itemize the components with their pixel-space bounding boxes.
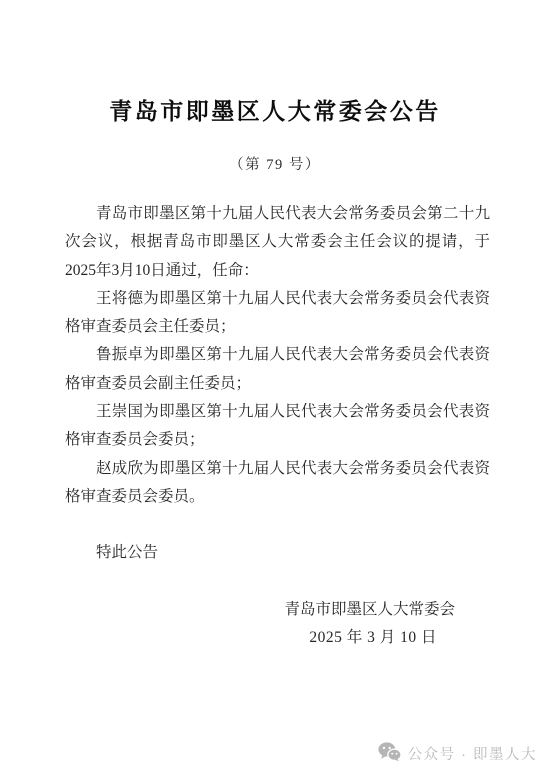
body-paragraph-appointment-4: 赵成欣为即墨区第十九届人民代表大会常务委员会代表资格审查委员会委员。 xyxy=(65,455,490,512)
wechat-account-label: 公众号 · 即墨人大 xyxy=(408,743,537,764)
document-body: 青岛市即墨区第十九届人民代表大会常务委员会第二十九次会议，根据青岛市即墨区人大常… xyxy=(65,200,490,652)
body-paragraph-intro: 青岛市即墨区第十九届人民代表大会常务委员会第二十九次会议，根据青岛市即墨区人大常… xyxy=(65,200,490,285)
body-paragraph-appointment-3: 王崇国为即墨区第十九届人民代表大会常务委员会代表资格审查委员会委员； xyxy=(65,398,490,455)
issue-date: 2025 年 3 月 10 日 xyxy=(65,624,490,652)
body-paragraph-appointment-2: 鲁振卓为即墨区第十九届人民代表大会常务委员会代表资格审查委员会副主任委员； xyxy=(65,341,490,398)
wechat-watermark: 公众号 · 即墨人大 xyxy=(378,742,537,765)
issuer-signature: 青岛市即墨区人大常委会 xyxy=(65,596,490,624)
page-title: 青岛市即墨区人大常委会公告 xyxy=(0,0,550,126)
announcement-document: 青岛市即墨区人大常委会公告 （第 79 号） 青岛市即墨区第十九届人民代表大会常… xyxy=(0,0,550,777)
wechat-icon xyxy=(378,742,401,765)
body-paragraph-appointment-1: 王将德为即墨区第十九届人民代表大会常务委员会代表资格审查委员会主任委员； xyxy=(65,285,490,342)
document-number: （第 79 号） xyxy=(0,153,550,174)
closing-phrase: 特此公告 xyxy=(65,539,490,567)
